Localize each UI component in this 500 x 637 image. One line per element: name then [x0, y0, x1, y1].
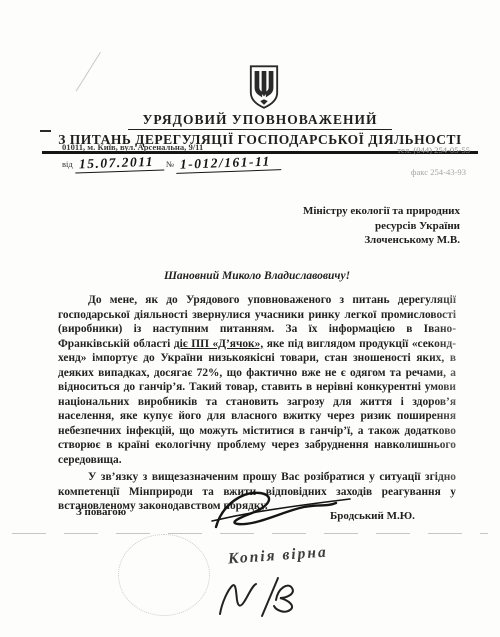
letter-body: Шановний Миколо Владиславовичу! До мене,…: [58, 270, 456, 517]
org-name-line1-text: УРЯДОВИЙ УПОВНОВАЖЕНИЙ: [128, 112, 391, 130]
number-label: №: [166, 159, 174, 169]
date-label: від: [62, 159, 73, 169]
org-name-line1: УРЯДОВИЙ УПОВНОВАЖЕНИЙ: [42, 112, 478, 130]
recipient-line: Злоченському М.В.: [303, 233, 460, 248]
paragraph-1: До мене, як до Урядового уповноваженого …: [58, 293, 456, 467]
scan-dash-artifact: [40, 130, 51, 132]
faint-round-stamp: [118, 534, 210, 616]
paragraph-1-underlined-company: діє ПП «Д’ячок»,: [174, 338, 263, 350]
org-address: 01011, м. Київ, вул. Арсенальна, 9/11: [62, 142, 203, 152]
closing-phrase: З повагою: [76, 506, 126, 518]
recipient-block: Міністру екології та природних ресурсів …: [303, 204, 460, 248]
scan-scratch-mark: [76, 52, 101, 92]
org-phone: тел. (044) 254-05-55: [397, 145, 470, 155]
org-fax: факс 254-43-93: [411, 167, 466, 177]
paragraph-1-text-b: яке під виглядом продукції «секонд-хенд»…: [58, 338, 456, 466]
recipient-line: Міністру екології та природних: [303, 204, 460, 219]
recipient-line: ресурсів України: [303, 219, 460, 234]
handwritten-initials: [212, 572, 312, 622]
handwritten-ref-number: 1-012/161-11: [176, 153, 281, 174]
scanned-letter-page: УРЯДОВИЙ УПОВНОВАЖЕНИЙ З ПИТАНЬ ДЕРЕГУЛЯ…: [0, 0, 500, 637]
salutation: Шановний Миколо Владиславовичу!: [58, 270, 456, 282]
handwritten-copy-note: Копія вірна: [227, 544, 328, 569]
signer-name: Бродський М.Ю.: [330, 510, 415, 522]
handwritten-date: 15.07.2011: [75, 153, 165, 173]
reference-line: від 15.07.2011 № 1-012/161-11: [62, 155, 281, 172]
ukraine-trident-emblem-icon: [248, 64, 280, 110]
scan-line-artifact: [12, 533, 488, 534]
